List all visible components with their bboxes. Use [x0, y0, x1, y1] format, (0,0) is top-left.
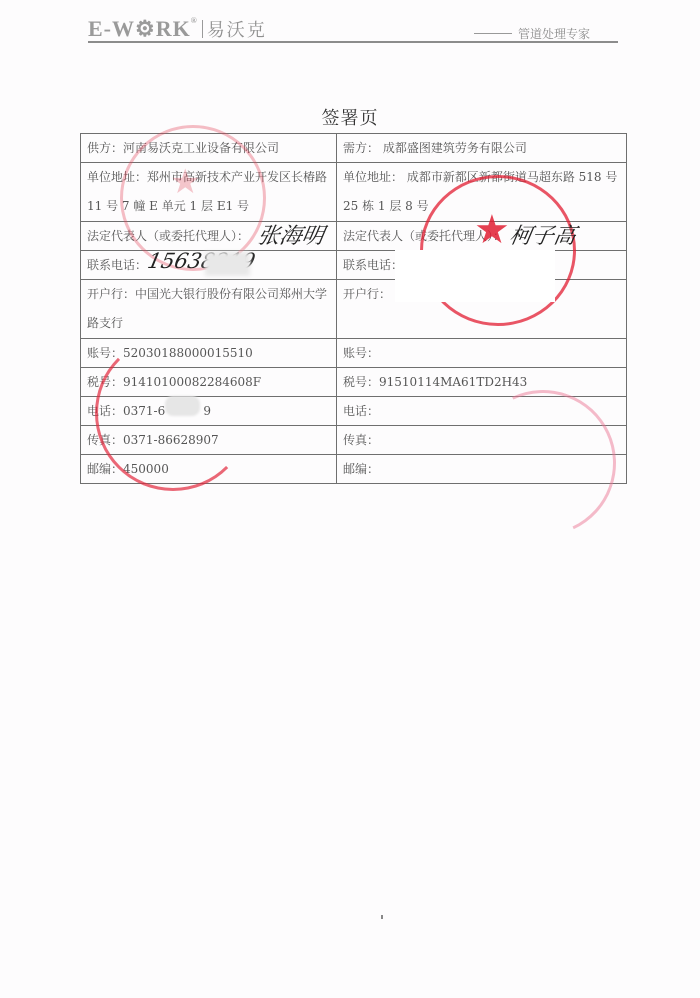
- slogan-dash: [474, 33, 512, 34]
- table-row-account: 账号：52030188000015510 账号：: [81, 339, 627, 368]
- buyer-account-label: 账号：: [343, 346, 379, 360]
- supplier-fax-cell: 传真：0371-86628907: [81, 426, 337, 455]
- logo-chinese-name: 易沃克: [207, 20, 267, 41]
- supplier-zip-cell: 邮编：450000: [81, 455, 337, 484]
- buyer-account-cell: 账号：: [337, 339, 627, 368]
- buyer-party-value: 成都盛图建筑劳务有限公司: [379, 141, 527, 155]
- logo-divider: [202, 20, 203, 38]
- letterhead: E-W⚙RK®易沃克 管道处理专家: [88, 14, 618, 44]
- page-title: 签署页: [0, 104, 700, 130]
- buyer-address-label: 单位地址：: [343, 170, 403, 184]
- buyer-party-cell: 需方： 成都盛图建筑劳务有限公司: [337, 134, 627, 163]
- supplier-account-value: 52030188000015510: [123, 346, 253, 360]
- table-row-zip: 邮编：450000 邮编：: [81, 455, 627, 484]
- buyer-rep-label: 法定代表人（或委托代理人）：: [343, 229, 505, 243]
- table-row-address: 单位地址：郑州市高新技术产业开发区长椿路 11 号 7 幢 E 单元 1 层 E…: [81, 163, 627, 222]
- supplier-address-cell: 单位地址：郑州市高新技术产业开发区长椿路 11 号 7 幢 E 单元 1 层 E…: [81, 163, 337, 222]
- buyer-tax-label: 税号：: [343, 375, 379, 389]
- gear-icon: ⚙: [135, 16, 156, 41]
- supplier-bank-label: 开户行：: [87, 287, 135, 301]
- scan-speck: [381, 915, 383, 919]
- buyer-tel-cell: 电话：: [337, 397, 627, 426]
- header-rule: [88, 41, 618, 43]
- supplier-party-cell: 供方：河南易沃克工业设备有限公司: [81, 134, 337, 163]
- slogan: 管道处理专家: [474, 25, 590, 42]
- supplier-phone-cell: 联系电话：: [81, 251, 337, 280]
- buyer-address-cell: 单位地址： 成都市新都区新都街道马超东路 518 号 25 栋 1 层 8 号: [337, 163, 627, 222]
- buyer-tel-label: 电话：: [343, 404, 379, 418]
- logo-text-end: RK: [156, 16, 191, 41]
- supplier-account-cell: 账号：52030188000015510: [81, 339, 337, 368]
- supplier-tel-value: 0371-6 9: [123, 404, 211, 418]
- supplier-zip-value: 450000: [123, 462, 169, 476]
- company-logo: E-W⚙RK®易沃克: [88, 16, 267, 42]
- buyer-fax-cell: 传真：: [337, 426, 627, 455]
- supplier-fax-value: 0371-86628907: [123, 433, 219, 447]
- supplier-tel-cell: 电话：0371-6 9: [81, 397, 337, 426]
- supplier-party-label: 供方：: [87, 141, 123, 155]
- supplier-tax-value: 91410100082284608F: [123, 375, 261, 389]
- table-row-fax: 传真：0371-86628907 传真：: [81, 426, 627, 455]
- signature-table: 供方：河南易沃克工业设备有限公司 需方： 成都盛图建筑劳务有限公司 单位地址：郑…: [80, 133, 627, 484]
- buyer-phone-label: 联系电话：: [343, 258, 403, 272]
- buyer-bank-cell: 开户行：: [337, 280, 627, 339]
- supplier-rep-label: 法定代表人（或委托代理人）：: [87, 229, 249, 243]
- supplier-fax-label: 传真：: [87, 433, 123, 447]
- supplier-tax-cell: 税号：91410100082284608F: [81, 368, 337, 397]
- buyer-party-label: 需方：: [343, 141, 379, 155]
- supplier-address-label: 单位地址：: [87, 170, 147, 184]
- table-row-party: 供方：河南易沃克工业设备有限公司 需方： 成都盛图建筑劳务有限公司: [81, 134, 627, 163]
- buyer-rep-cell: 法定代表人（或委托代理人）：: [337, 222, 627, 251]
- supplier-tax-label: 税号：: [87, 375, 123, 389]
- supplier-bank-cell: 开户行：中国光大银行股份有限公司郑州大学路支行: [81, 280, 337, 339]
- slogan-text: 管道处理专家: [518, 27, 590, 41]
- supplier-tel-label: 电话：: [87, 404, 123, 418]
- buyer-zip-cell: 邮编：: [337, 455, 627, 484]
- table-row-phone: 联系电话： 联系电话：: [81, 251, 627, 280]
- table-row-representative: 法定代表人（或委托代理人）： 法定代表人（或委托代理人）：: [81, 222, 627, 251]
- table-row-tel: 电话：0371-6 9 电话：: [81, 397, 627, 426]
- buyer-zip-label: 邮编：: [343, 462, 379, 476]
- buyer-bank-label: 开户行：: [343, 287, 391, 301]
- supplier-zip-label: 邮编：: [87, 462, 123, 476]
- supplier-party-value: 河南易沃克工业设备有限公司: [123, 141, 279, 155]
- supplier-phone-label: 联系电话：: [87, 258, 147, 272]
- buyer-tax-value: 91510114MA61TD2H43: [379, 375, 527, 389]
- supplier-rep-cell: 法定代表人（或委托代理人）：: [81, 222, 337, 251]
- registered-mark: ®: [191, 16, 198, 25]
- logo-text: E-W: [88, 16, 135, 41]
- buyer-fax-label: 传真：: [343, 433, 379, 447]
- supplier-account-label: 账号：: [87, 346, 123, 360]
- buyer-phone-cell: 联系电话：: [337, 251, 627, 280]
- buyer-tax-cell: 税号：91510114MA61TD2H43: [337, 368, 627, 397]
- table-row-bank: 开户行：中国光大银行股份有限公司郑州大学路支行 开户行：: [81, 280, 627, 339]
- table-row-tax: 税号：91410100082284608F 税号：91510114MA61TD2…: [81, 368, 627, 397]
